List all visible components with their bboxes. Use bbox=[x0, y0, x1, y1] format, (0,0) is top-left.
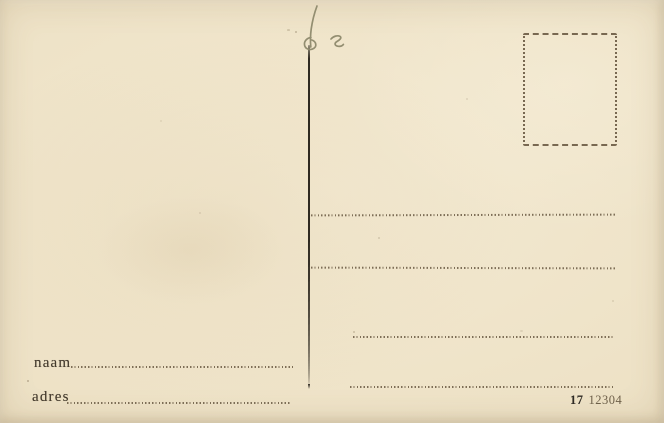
paper-speck bbox=[378, 237, 380, 239]
paper-speck bbox=[466, 98, 468, 100]
paper-stain bbox=[95, 195, 285, 305]
paper-speck bbox=[612, 300, 614, 302]
printer-serial: 1712304 bbox=[570, 393, 622, 408]
adres-rule bbox=[67, 402, 291, 404]
paper-speck bbox=[27, 380, 29, 382]
postcard-back: naam adres 1712304 bbox=[0, 0, 664, 423]
address-rule-1 bbox=[311, 214, 617, 217]
paper-speck bbox=[160, 120, 162, 122]
naam-rule bbox=[71, 366, 293, 368]
paper-speck bbox=[520, 330, 523, 332]
address-rule-4 bbox=[350, 386, 614, 388]
paper-speck bbox=[353, 331, 355, 333]
paper-speck bbox=[199, 212, 201, 214]
address-rule-2 bbox=[311, 267, 616, 270]
stamp-box bbox=[523, 33, 617, 146]
address-rule-3 bbox=[353, 336, 614, 338]
center-divider-rule bbox=[308, 45, 310, 385]
printer-serial-number: 12304 bbox=[589, 393, 623, 407]
adres-label: adres bbox=[32, 390, 70, 405]
naam-label: naam bbox=[34, 356, 71, 371]
printer-serial-prefix: 17 bbox=[570, 393, 584, 407]
pencil-annotation bbox=[280, 0, 360, 62]
